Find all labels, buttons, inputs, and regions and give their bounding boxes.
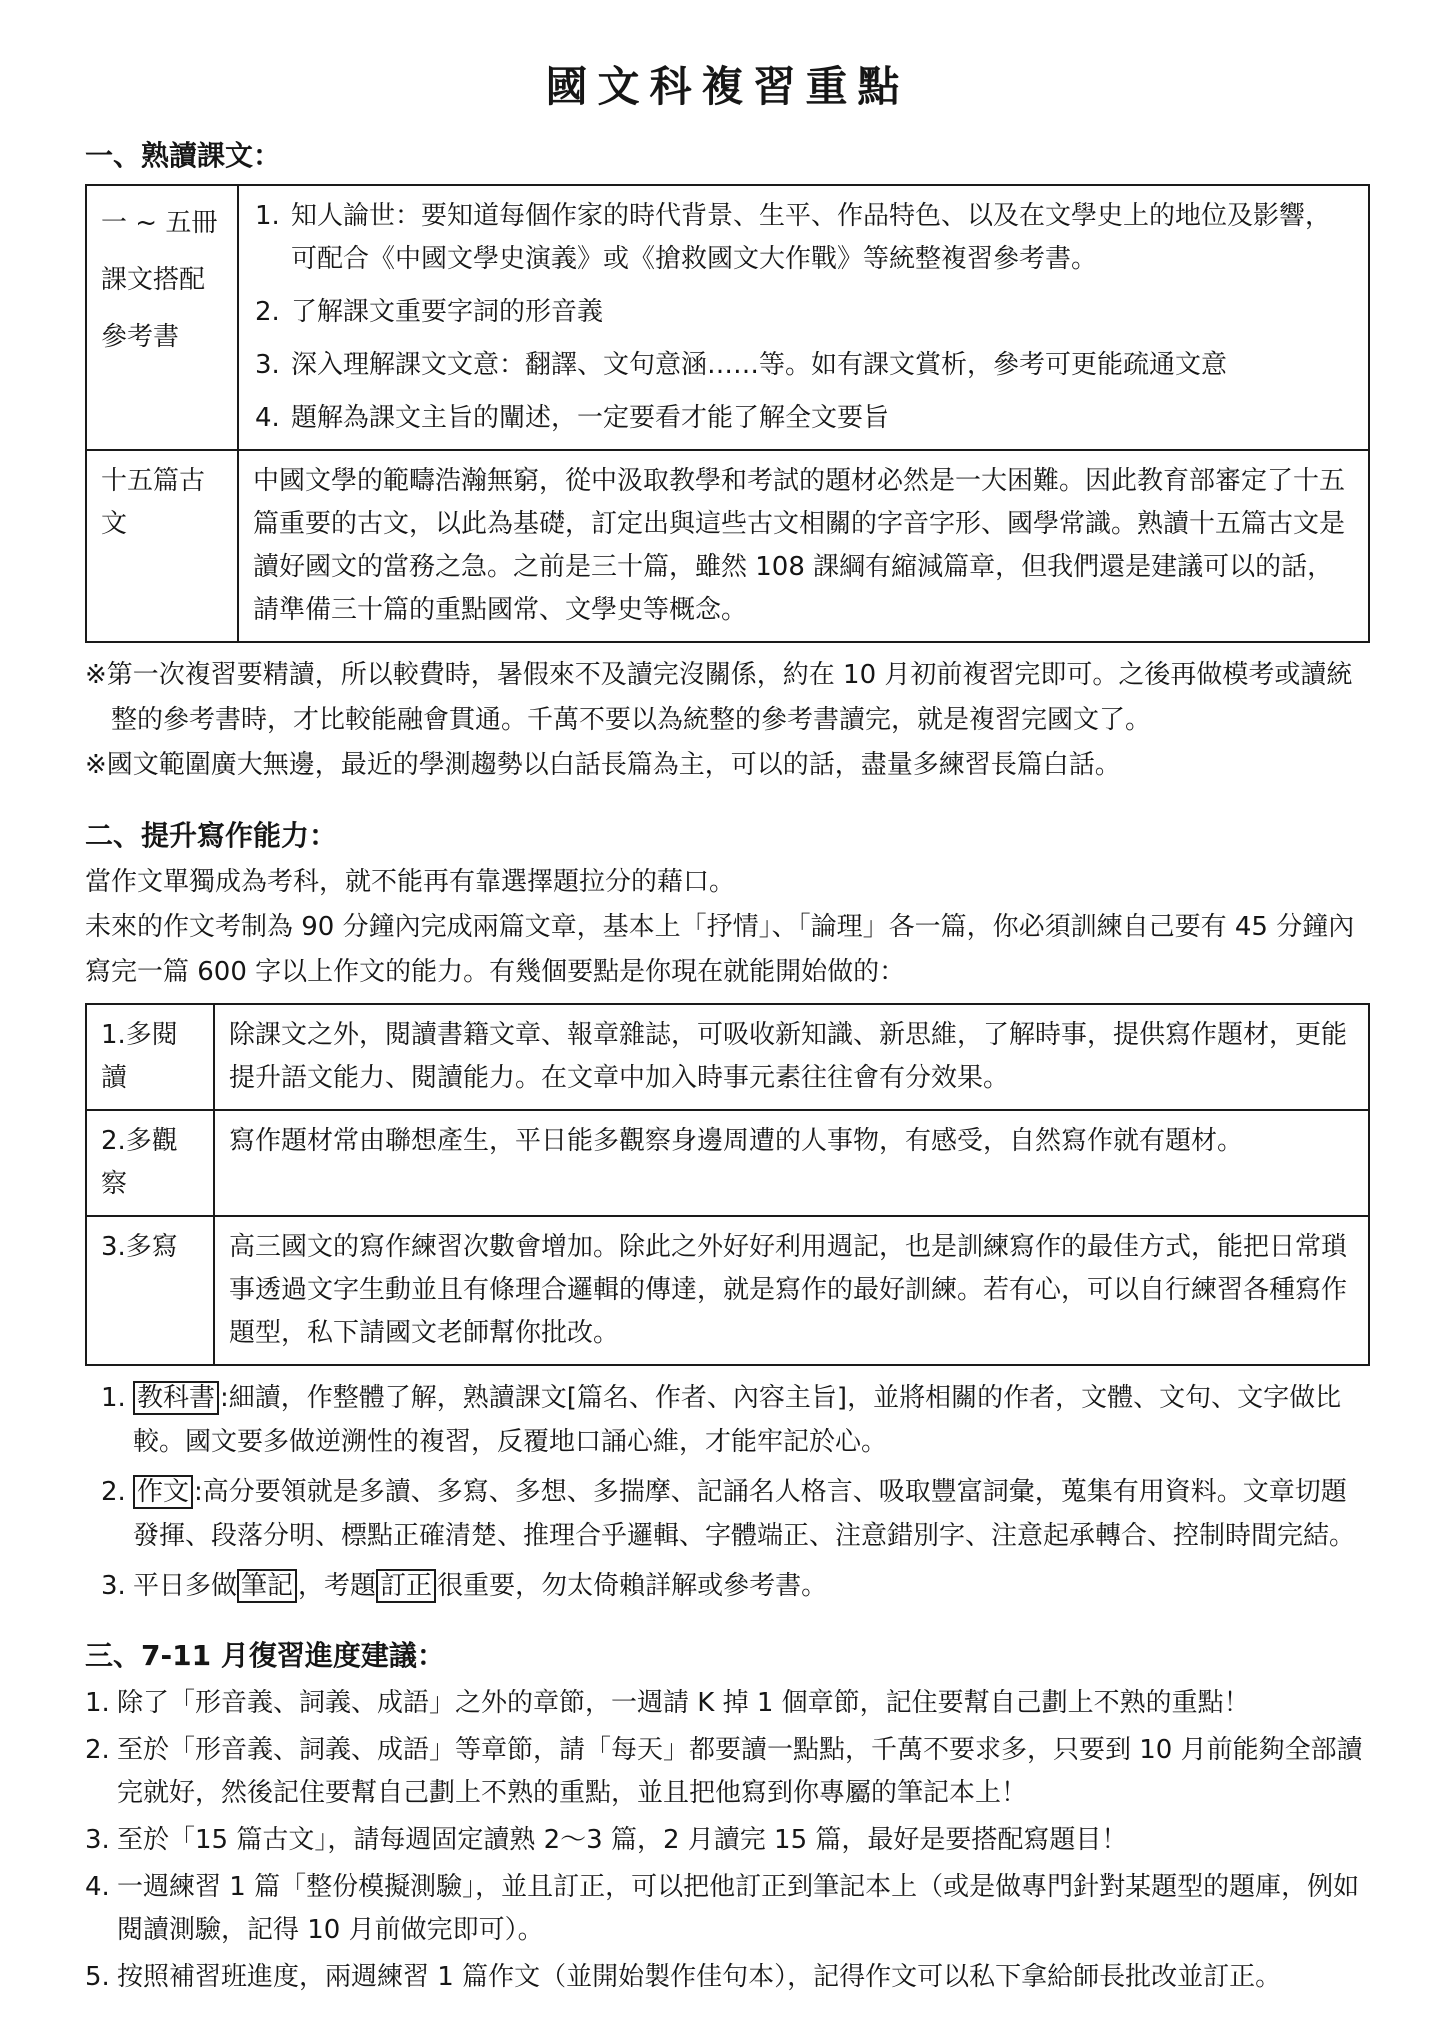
row-paragraph: 中國文學的範疇浩瀚無窮，從中汲取教學和考試的題材必然是一大困難。因此教育部審定了… [253, 460, 1356, 632]
numbered-item: 1.知人論世：要知道每個作家的時代背景、生平、作品特色、以及在文學史上的地位及影… [253, 195, 1356, 281]
section1-heading: 一、熟讀課文： [85, 136, 1370, 176]
row-content: 寫作題材常由聯想產生，平日能多觀察身邊周遭的人事物，有感受，自然寫作就有題材。 [214, 1110, 1369, 1216]
advice-item: 3.平日多做筆記，考題訂正很重要，勿太倚賴詳解或參考書。 [101, 1564, 1370, 1608]
item-number: 3. [85, 1819, 110, 1862]
schedule-item: 3.至於「15 篇古文」，請每週固定讀熟 2～3 篇，2 月讀完 15 篇，最好… [85, 1819, 1370, 1862]
item-text: ，考題 [298, 1571, 376, 1601]
advice-item: 2.作文:高分要領就是多讀、多寫、多想、多揣摩、記誦名人格言、吸取豐富詞彙，蒐集… [101, 1470, 1370, 1558]
item-number: 5. [85, 1956, 110, 1999]
row-content: 高三國文的寫作練習次數會增加。除此之外好好利用週記，也是訓練寫作的最佳方式，能把… [214, 1216, 1369, 1365]
item-number: 2. [85, 1729, 110, 1772]
section3-heading: 三、7-11 月復習進度建議： [85, 1636, 1370, 1676]
item-text: 一週練習 1 篇「整份模擬測驗」，並且訂正，可以把他訂正到筆記本上（或是做專門針… [117, 1872, 1359, 1945]
numbered-item: 2.了解課文重要字詞的形音義 [253, 291, 1356, 334]
item-text: 平日多做 [133, 1571, 237, 1601]
boxed-term: 作文 [133, 1475, 193, 1509]
item-number: 4. [255, 397, 280, 440]
advice-item: 1.教科書:細讀，作整體了解，熟讀課文[篇名、作者、內容主旨]，並將相關的作者，… [101, 1376, 1370, 1464]
schedule-list: 1.除了「形音義、詞義、成語」之外的章節，一週請 K 掉 1 個章節，記住要幫自… [85, 1682, 1370, 1999]
item-text: 深入理解課文文意：翻譯、文句意涵……等。如有課文賞析，參考可更能疏通文意 [291, 350, 1227, 380]
item-text: 至於「15 篇古文」，請每週固定讀熟 2～3 篇，2 月讀完 15 篇，最好是要… [117, 1825, 1127, 1855]
item-number: 2. [255, 291, 280, 334]
notes-block: ※第一次複習要精讀，所以較費時，暑假來不及讀完沒關係，約在 10 月初前複習完即… [85, 653, 1370, 788]
boxed-term: 教科書 [133, 1381, 219, 1415]
schedule-item: 5.按照補習班進度，兩週練習 1 篇作文（並開始製作佳句本），記得作文可以私下拿… [85, 1956, 1370, 1999]
row-label: 3.多寫 [86, 1216, 214, 1365]
row-label: 2.多觀察 [86, 1110, 214, 1216]
table-row: 十五篇古文 中國文學的範疇浩瀚無窮，從中汲取教學和考試的題材必然是一大困難。因此… [86, 450, 1369, 642]
boxed-term: 訂正 [376, 1569, 436, 1603]
item-number: 1. [85, 1682, 110, 1725]
row-label: 一 ~ 五冊 課文搭配 參考書 [86, 185, 238, 450]
note-line: ※第一次複習要精讀，所以較費時，暑假來不及讀完沒關係，約在 10 月初前複習完即… [85, 653, 1370, 743]
writing-table: 1.多閱讀 除課文之外，閱讀書籍文章、報章雜誌，可吸收新知識、新思維，了解時事，… [85, 1003, 1370, 1366]
item-number: 1. [255, 195, 280, 238]
document-page: 國文科複習重點 一、熟讀課文： 一 ~ 五冊 課文搭配 參考書 1.知人論世：要… [0, 0, 1440, 2038]
item-text: 了解課文重要字詞的形音義 [291, 297, 603, 327]
row-content: 除課文之外，閱讀書籍文章、報章雜誌，可吸收新知識、新思維，了解時事，提供寫作題材… [214, 1004, 1369, 1110]
row-label: 1.多閱讀 [86, 1004, 214, 1110]
row-content: 中國文學的範疇浩瀚無窮，從中汲取教學和考試的題材必然是一大困難。因此教育部審定了… [238, 450, 1369, 642]
page-title: 國文科複習重點 [85, 58, 1370, 116]
item-text: 按照補習班進度，兩週練習 1 篇作文（並開始製作佳句本），記得作文可以私下拿給師… [117, 1962, 1281, 1992]
item-number: 3. [101, 1564, 126, 1608]
row-label: 十五篇古文 [86, 450, 238, 642]
numbered-item: 3.深入理解課文文意：翻譯、文句意涵……等。如有課文賞析，參考可更能疏通文意 [253, 344, 1356, 387]
item-number: 1. [101, 1376, 126, 1420]
advice-list: 1.教科書:細讀，作整體了解，熟讀課文[篇名、作者、內容主旨]，並將相關的作者，… [85, 1376, 1370, 1608]
item-text: 知人論世：要知道每個作家的時代背景、生平、作品特色、以及在文學史上的地位及影響，… [291, 201, 1331, 274]
table-row: 1.多閱讀 除課文之外，閱讀書籍文章、報章雜誌，可吸收新知識、新思維，了解時事，… [86, 1004, 1369, 1110]
intro-paragraph: 當作文單獨成為考科，就不能再有靠選擇題拉分的藉口。 [85, 860, 1370, 905]
intro-paragraph: 未來的作文考制為 90 分鐘內完成兩篇文章，基本上「抒情」、「論理」各一篇，你必… [85, 905, 1370, 995]
item-text: :高分要領就是多讀、多寫、多想、多揣摩、記誦名人格言、吸取豐富詞彙，蒐集有用資料… [133, 1477, 1355, 1551]
schedule-item: 4.一週練習 1 篇「整份模擬測驗」，並且訂正，可以把他訂正到筆記本上（或是做專… [85, 1866, 1370, 1952]
row-label-line: 參考書 [101, 309, 225, 366]
numbered-item: 4.題解為課文主旨的闡述，一定要看才能了解全文要旨 [253, 397, 1356, 440]
item-text: :細讀，作整體了解，熟讀課文[篇名、作者、內容主旨]，並將相關的作者，文體、文句… [133, 1383, 1341, 1457]
table-row: 一 ~ 五冊 課文搭配 參考書 1.知人論世：要知道每個作家的時代背景、生平、作… [86, 185, 1369, 450]
table-row: 2.多觀察 寫作題材常由聯想產生，平日能多觀察身邊周遭的人事物，有感受，自然寫作… [86, 1110, 1369, 1216]
item-number: 3. [255, 344, 280, 387]
item-number: 2. [101, 1470, 126, 1514]
note-line: ※國文範圍廣大無邊，最近的學測趨勢以白話長篇為主，可以的話，盡量多練習長篇白話。 [85, 743, 1370, 788]
item-number: 4. [85, 1866, 110, 1909]
row-label-line: 一 ~ 五冊 [101, 195, 225, 252]
schedule-item: 1.除了「形音義、詞義、成語」之外的章節，一週請 K 掉 1 個章節，記住要幫自… [85, 1682, 1370, 1725]
table-row: 3.多寫 高三國文的寫作練習次數會增加。除此之外好好利用週記，也是訓練寫作的最佳… [86, 1216, 1369, 1365]
reading-table: 一 ~ 五冊 課文搭配 參考書 1.知人論世：要知道每個作家的時代背景、生平、作… [85, 184, 1370, 643]
item-text: 題解為課文主旨的闡述，一定要看才能了解全文要旨 [291, 403, 889, 433]
row-label-line: 課文搭配 [101, 252, 225, 309]
row-content: 1.知人論世：要知道每個作家的時代背景、生平、作品特色、以及在文學史上的地位及影… [238, 185, 1369, 450]
schedule-item: 2.至於「形音義、詞義、成語」等章節，請「每天」都要讀一點點，千萬不要求多，只要… [85, 1729, 1370, 1815]
boxed-term: 筆記 [237, 1569, 297, 1603]
row-label-line: 十五篇古文 [101, 460, 225, 546]
item-text: 除了「形音義、詞義、成語」之外的章節，一週請 K 掉 1 個章節，記住要幫自己劃… [117, 1688, 1250, 1718]
item-text: 很重要，勿太倚賴詳解或參考書。 [437, 1571, 827, 1601]
section2-heading: 二、提升寫作能力： [85, 816, 1370, 856]
item-text: 至於「形音義、詞義、成語」等章節，請「每天」都要讀一點點，千萬不要求多，只要到 … [117, 1735, 1363, 1808]
